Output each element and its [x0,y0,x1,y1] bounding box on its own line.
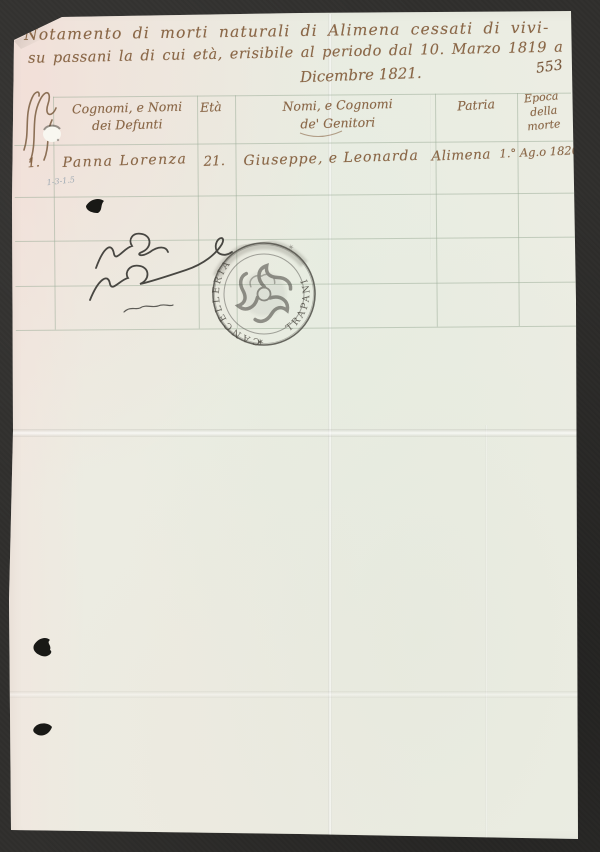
register-table: Cognomi, e Nomi dei Defunti Età Nomi, e … [0,0,600,852]
row-epoca: 1.° Ag.o 1820 [499,143,579,160]
col-header-defunti-line1: Cognomi, e Nomi [58,98,196,116]
table-line-row1 [15,193,575,198]
col-header-epoca-line2: della [530,104,558,120]
table-divider-margin [53,97,56,330]
row-patria: Alimena [431,146,491,164]
table-line-row3 [15,282,577,287]
col-header-defunti-line2: dei Defunti [58,115,196,133]
col-header-eta: Età [200,99,222,115]
row-genitori: Giuseppe, e Leonarda [243,148,419,169]
pencil-annotation: 1-3-1.5 [46,175,75,187]
table-line-row2 [15,237,576,242]
table-line-header-bottom [14,141,573,146]
table-divider-4 [517,93,520,326]
col-header-epoca-line3: morte [527,117,561,133]
table-divider-3 [435,94,438,327]
table-line-row4 [16,326,578,331]
table-divider-1 [197,96,200,329]
col-header-patria: Patria [437,95,516,115]
photo-background: { "document": { "title_line1": "Notament… [0,0,600,852]
row-defunti: Panna Lorenza [62,151,187,171]
row-number: 1. [27,155,41,171]
row-eta: 21. [203,153,225,170]
col-header-genitori-line2: de' Genitori [245,113,430,133]
table-divider-2 [235,95,238,328]
col-header-genitori-line1: Nomi, e Cognomi [245,95,430,115]
document-paper: Notamento di morti naturali di Alimena c… [0,0,600,852]
